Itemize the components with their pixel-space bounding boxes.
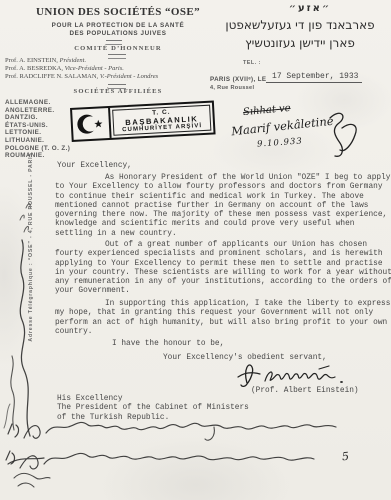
tel-label: TEL. :	[243, 60, 261, 66]
org-name: UNION DES SOCIÉTÉS “OSE”	[36, 6, 200, 18]
handwritten-number: 5	[341, 450, 349, 464]
affiliates-heading: SOCIÉTÉS AFFILIÉES	[36, 88, 200, 95]
salutation: Your Excellency,	[57, 162, 132, 171]
paragraph-2: Out of a great number of applicants our …	[55, 241, 391, 297]
paragraph-3: In supporting this application, I take t…	[55, 300, 391, 337]
margin-scribbles	[0, 190, 44, 440]
place-label: PARIS (XVIIᵉ), LE	[210, 76, 266, 83]
recipient-line-1: His Excellency	[57, 395, 249, 404]
letter-scan: UNION DES SOCIÉTÉS “OSE” POUR LA PROTECT…	[0, 0, 391, 500]
affiliate-country: ANGLETERRE.	[5, 107, 70, 115]
affiliate-country: ALLEMAGNE.	[5, 99, 70, 107]
committee-heading: COMITÉ D’HONNEUR	[36, 45, 200, 52]
signature-printed-name: (Prof. Albert Einstein)	[251, 387, 359, 396]
affiliate-country: DANTZIG.	[5, 114, 70, 122]
handwritten-footnotes	[0, 418, 391, 496]
annotation-date: 9.10.933	[257, 136, 303, 149]
org-tagline-2: DES POPULATIONS JUIVES	[36, 30, 200, 37]
yiddish-line-2: פארבאנד פון די געזעלשאפטן	[213, 18, 387, 32]
typed-date: 17 September, 1933	[266, 72, 362, 83]
archive-stamp: T. C. BAŞBAKANLIK CUMHURİYET ARŞİVİ	[70, 100, 216, 141]
paraph-scribble	[322, 108, 368, 166]
recipient-line-2: The President of the Cabinet of Minister…	[57, 404, 249, 413]
affiliate-country: LITHUANIE.	[5, 137, 70, 145]
yiddish-line-3: פארן יידישן געזונטשיץ	[213, 36, 387, 50]
annotation-crossed-out: Sıhhat ve	[243, 103, 291, 118]
org-tagline-1: POUR LA PROTECTION DE LA SANTÉ	[36, 22, 200, 29]
committee-member: Prof. A. BESREDKA, Vice-Président - Pari…	[5, 65, 215, 73]
einstein-signature	[233, 357, 359, 389]
stamp-text-cell: T. C. BAŞBAKANLIK CUMHURİYET ARŞİVİ	[108, 103, 213, 138]
street-address: 4, Rue Roussel	[210, 85, 254, 91]
committee-member: Prof. A. EINSTEIN, Président.	[5, 57, 215, 65]
affiliate-country: ÉTATS-UNIS.	[5, 122, 70, 130]
dateline: PARIS (XVIIᵉ), LE 17 September, 1933	[210, 72, 362, 83]
paragraph-1: As Honorary President of the World Union…	[55, 174, 391, 239]
committee-member: Prof. RADCLIFFE N. SALAMAN, V.-Président…	[5, 73, 215, 81]
committee-list: Prof. A. EINSTEIN, Président. Prof. A. B…	[5, 57, 215, 82]
crescent-star-icon	[72, 108, 110, 140]
affiliate-country: LETTONIE.	[5, 129, 70, 137]
closing-line-1: I have the honour to be,	[112, 340, 224, 349]
yiddish-title: ״אזע״	[250, 3, 370, 14]
